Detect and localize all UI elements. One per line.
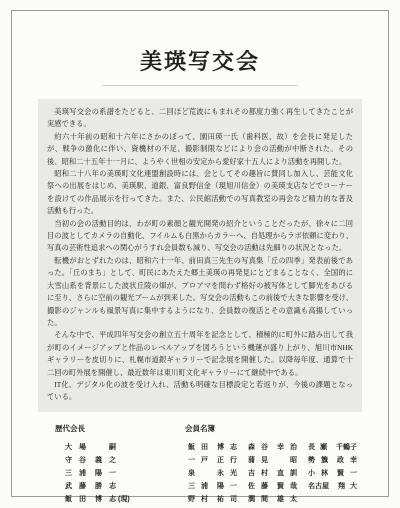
member-name: 一戸正行 [188, 454, 237, 467]
member-name: 吉村直訓 [248, 467, 297, 480]
president-name: 守谷義之 [65, 454, 185, 467]
member-name: 佐藤賢哉 [248, 480, 297, 493]
given-name: 賢哉 [277, 480, 297, 493]
body-paragraph: 転機がおとずれたのは、昭和六十一年、前田真三先生の写真集「丘の四季」発表前後であ… [47, 255, 353, 329]
current-president-note: (現) [118, 493, 130, 506]
family-name: 長瀬 [308, 441, 327, 454]
president-name: 大場嗣 [65, 441, 185, 454]
family-name: 勢籏 [308, 454, 328, 467]
member-column: 飯田博志一戸正行泉永光三浦陽一野村祐司 [188, 441, 237, 506]
member-name: 飯田博志 [188, 441, 237, 454]
given-name: 陽一 [217, 480, 237, 493]
given-name: 博志 [217, 441, 237, 454]
family-name: 飯田 [188, 441, 208, 454]
given-name: 幸治 [277, 441, 297, 454]
body-paragraph: そんな中で、平成四年写交会の創立五十周年を記念として、積極的に町外に踏み出して我… [47, 329, 353, 379]
president-name: 飯田博志(現) [65, 493, 185, 506]
page-border-frame: 美瑛写交会 美瑛写交会の系譜をたどると、二回ほど荒波にもまれその都度力強く再生し… [11, 10, 389, 497]
body-paragraph: 約六十年前の昭和十六年にさかのぼって、園田瑛一氏（歯科医、故）を会長に発足したが… [47, 131, 353, 168]
family-name: 武藤 [65, 480, 86, 493]
family-name: 森谷 [248, 441, 268, 454]
presidents-block: 歴代会長 大場嗣守谷義之三浦陽一武藤勝志飯田博志(現) [55, 423, 185, 506]
member-column: 森谷幸治蒲見昭吉村直訓佐藤賢哉澗間雄太 [248, 441, 297, 506]
given-name: 翔大 [338, 480, 357, 493]
family-name: 泉 [188, 467, 208, 480]
family-name: 一戸 [188, 454, 208, 467]
member-name: 名古屋翔大 [308, 480, 357, 493]
member-name: 長瀬千鶴子 [308, 441, 357, 454]
member-name: 三浦陽一 [188, 480, 237, 493]
given-name: 直訓 [277, 467, 297, 480]
body-paragraph: 昭和二十八年の美瑛町文化連盟創設時には、会としてその趣旨に賛同し加入し、芸能文化… [47, 168, 353, 218]
family-name: 澗間 [248, 493, 268, 506]
member-name: 泉永光 [188, 467, 237, 480]
given-name: 博志 [95, 493, 116, 506]
members-list: 飯田博志一戸正行泉永光三浦陽一野村祐司森谷幸治蒲見昭吉村直訓佐藤賢哉澗間雄太長瀬… [188, 441, 388, 506]
body-paragraph: 美瑛写交会の系譜をたどると、二回ほど荒波にもまれその都度力強く再生してきたことが… [47, 106, 353, 131]
given-name: 永光 [217, 467, 237, 480]
member-column: 長瀬千鶴子勢籏政幸小林賢一名古屋翔大 [308, 441, 357, 506]
member-name: 蒲見昭 [248, 454, 297, 467]
given-name: 昭 [277, 454, 297, 467]
given-name: 賢一 [337, 467, 357, 480]
document-page: 美瑛写交会 美瑛写交会の系譜をたどると、二回ほど荒波にもまれその都度力強く再生し… [0, 0, 400, 508]
given-name: 千鶴子 [336, 441, 357, 454]
member-name: 澗間雄太 [248, 493, 297, 506]
family-name: 佐藤 [248, 480, 268, 493]
family-name: 名古屋 [308, 480, 329, 493]
presidents-header: 歴代会長 [55, 423, 185, 434]
given-name: 陽一 [95, 467, 116, 480]
given-name: 正行 [217, 454, 237, 467]
family-name: 小林 [308, 467, 328, 480]
given-name: 義之 [95, 454, 116, 467]
family-name: 蒲見 [248, 454, 268, 467]
history-text-box: 美瑛写交会の系譜をたどると、二回ほど荒波にもまれその都度力強く再生してきたことが… [38, 99, 362, 412]
family-name: 野村 [188, 493, 208, 506]
member-name: 森谷幸治 [248, 441, 297, 454]
body-paragraph: 当初の会の活動目的は、わが町の素顔と観光開発の紹介ということだったが、徐々に二回… [47, 218, 353, 255]
president-name: 三浦陽一 [65, 467, 185, 480]
presidents-list: 大場嗣守谷義之三浦陽一武藤勝志飯田博志(現) [65, 441, 185, 506]
member-name: 小林賢一 [308, 467, 357, 480]
body-paragraph: IT化、デジタル化の波を受け入れ、活動も明確な目標設定と若返りが、今後の課題とな… [47, 379, 353, 404]
given-name: 雄太 [277, 493, 297, 506]
given-name: 嗣 [95, 441, 116, 454]
given-name: 勝志 [95, 480, 116, 493]
members-block: 会員名簿 飯田博志一戸正行泉永光三浦陽一野村祐司森谷幸治蒲見昭吉村直訓佐藤賢哉澗… [185, 423, 388, 506]
family-name: 大場 [65, 441, 86, 454]
given-name: 政幸 [337, 454, 357, 467]
member-name: 野村祐司 [188, 493, 237, 506]
president-name: 武藤勝志 [65, 480, 185, 493]
member-name: 勢籏政幸 [308, 454, 357, 467]
family-name: 三浦 [65, 467, 86, 480]
members-header: 会員名簿 [185, 423, 388, 434]
title-divider [102, 85, 298, 86]
family-name: 守谷 [65, 454, 86, 467]
given-name: 祐司 [217, 493, 237, 506]
family-name: 吉村 [248, 467, 268, 480]
family-name: 飯田 [65, 493, 86, 506]
family-name: 三浦 [188, 480, 208, 493]
roster-section: 歴代会長 大場嗣守谷義之三浦陽一武藤勝志飯田博志(現) 会員名簿 飯田博志一戸正… [55, 423, 388, 506]
page-title: 美瑛写交会 [12, 45, 388, 76]
